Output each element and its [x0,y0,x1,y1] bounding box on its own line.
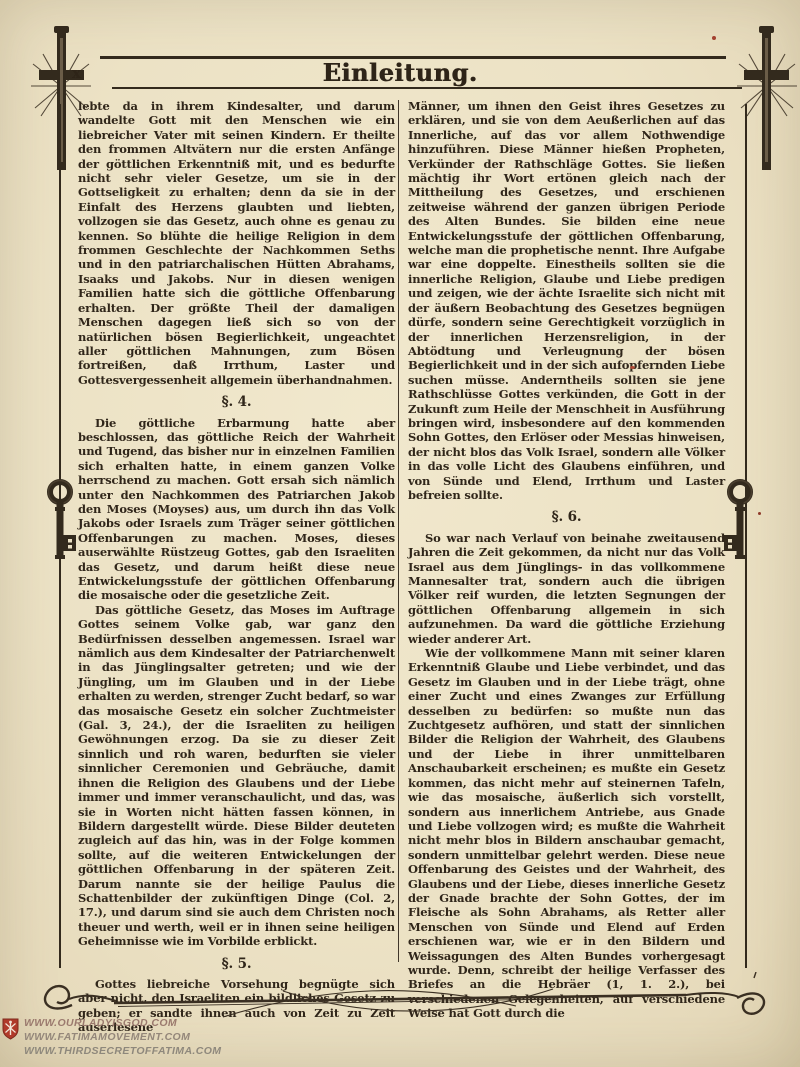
watermark-shield-icon [2,1018,19,1040]
body-paragraph: Wie der vollkommene Mann mit seiner klar… [408,646,725,1021]
body-paragraph: lebte da in ihrem Kindesalter, und darum… [78,99,395,387]
scanned-book-page: x Einleitung. lebte da in ihrem Kindesal… [0,0,800,1067]
paper-speck [712,36,716,40]
section-heading: §. 4. [78,395,395,409]
section-heading: §. 6. [408,510,725,524]
paper-speck [758,512,761,515]
section-heading: §. 5. [78,957,395,971]
watermark-url: WWW.THIRDSECRETOFFATIMA.COM [24,1044,221,1058]
body-paragraph: Das göttliche Gesetz, das Moses im Auftr… [78,603,395,949]
page-title: Einleitung. [0,58,800,87]
body-paragraph: Männer, um ihnen den Geist ihres Gesetze… [408,99,725,502]
body-paragraph: So war nach Verlauf von beinahe zweitaus… [408,531,725,646]
watermark-url: WWW.OURLADYISGOD.COM [24,1016,221,1030]
text-column-left: lebte da in ihrem Kindesalter, und darum… [78,99,395,1035]
watermark: WWW.OURLADYISGOD.COM WWW.FATIMAMOVEMENT.… [2,1016,221,1058]
text-column-right: Männer, um ihnen den Geist ihres Gesetze… [408,99,725,1021]
paper-speck [630,366,635,369]
body-paragraph: Die göttliche Erbarmung hatte aber besch… [78,416,395,603]
corner-cross-icon [733,24,800,176]
column-divider-rule [398,100,399,962]
header-rule [112,87,742,89]
key-ornament-icon [42,477,78,569]
watermark-url: WWW.FATIMAMOVEMENT.COM [24,1030,221,1044]
key-ornament-icon [722,477,758,569]
